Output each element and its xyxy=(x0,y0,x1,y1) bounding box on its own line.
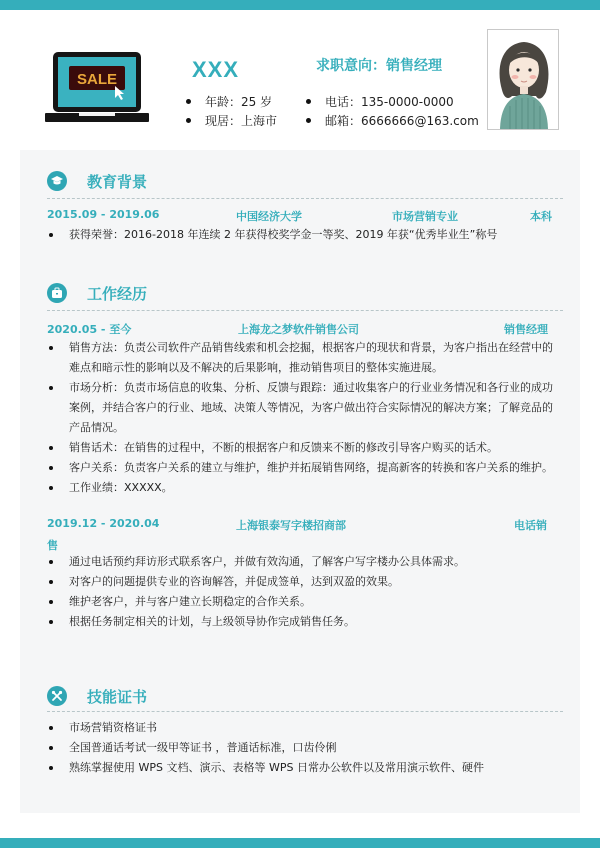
education-major: 市场营销专业 xyxy=(392,208,458,224)
education-period: 2015.09 - 2019.06 xyxy=(47,208,159,221)
list-item: 销售话术：在销售的过程中，不断的根据客户和反馈来不断的修改引导客户购买的话术。 xyxy=(47,438,563,458)
education-school: 中国经济大学 xyxy=(236,208,302,224)
list-item: 对客户的问题提供专业的咨询解答，并促成签单，达到双盈的效果。 xyxy=(47,572,563,592)
bullet-icon xyxy=(306,99,311,104)
candidate-name: XXX xyxy=(192,57,239,83)
list-item: 通过电话预约拜访形式联系客户，并做有效沟通，了解客户写字楼办公具体需求。 xyxy=(47,552,563,572)
education-entry: 2015.09 - 2019.06 中国经济大学 市场营销专业 本科 xyxy=(47,208,563,224)
job-company: 上海银泰写字楼招商部 xyxy=(236,517,346,533)
info-age: 年龄：25 岁 xyxy=(186,93,272,110)
job-company: 上海龙之梦软件销售公司 xyxy=(238,321,359,337)
job-period: 2019.12 - 2020.04 xyxy=(47,517,159,530)
education-degree: 本科 xyxy=(530,208,552,224)
briefcase-icon xyxy=(47,283,67,303)
section-divider xyxy=(47,711,563,712)
list-item: 获得荣誉：2016-2018 年连续 2 年获得校奖学金一等奖、2019 年获“… xyxy=(47,225,563,245)
list-item: 维护老客户，并与客户建立长期稳定的合作关系。 xyxy=(47,592,563,612)
job-objective: 求职意向：销售经理 xyxy=(316,55,442,75)
bottom-accent-bar xyxy=(0,838,600,848)
list-item: 客户关系：负责客户关系的建立与维护，维护并拓展销售网络，提高新客的转换和客户关系… xyxy=(47,458,563,478)
job-entry-header: 2019.12 - 2020.04 上海银泰写字楼招商部 电话销 xyxy=(47,517,563,533)
list-item: 销售方法：负责公司软件产品销售线索和机会挖掘，根据客户的现状和背景，为客户指出在… xyxy=(47,338,563,378)
info-residence: 现居：上海市 xyxy=(186,112,277,129)
list-item: 市场营销资格证书 xyxy=(47,718,563,738)
list-item: 市场分析：负责市场信息的收集、分析、反馈与跟踪：通过收集客户的行业业务情况和各行… xyxy=(47,378,563,438)
section-title-skills: 技能证书 xyxy=(87,686,147,707)
section-header-skills: 技能证书 xyxy=(47,683,147,709)
job-position: 销售经理 xyxy=(504,321,548,337)
top-accent-bar xyxy=(0,0,600,10)
list-item: 全国普通话考试一级甲等证书 ，普通话标准，口齿伶俐 xyxy=(47,738,563,758)
profile-photo xyxy=(487,29,559,130)
bullet-icon xyxy=(306,118,311,123)
laptop-sale-icon: SALE xyxy=(45,50,149,126)
list-item: 根据任务制定相关的计划，与上级领导协作完成销售任务。 xyxy=(47,612,563,632)
section-header-education: 教育背景 xyxy=(47,168,147,194)
job-position-wrap: 售 xyxy=(47,537,563,553)
resume-content-panel: 教育背景 2015.09 - 2019.06 中国经济大学 市场营销专业 本科 … xyxy=(20,150,580,813)
section-divider xyxy=(47,198,563,199)
graduation-cap-icon xyxy=(47,171,67,191)
portrait-illustration-icon xyxy=(488,30,559,130)
info-email: 邮箱：6666666@163.com xyxy=(306,112,479,129)
job-period: 2020.05 - 至今 xyxy=(47,321,131,337)
section-title-education: 教育背景 xyxy=(87,171,147,192)
section-title-work: 工作经历 xyxy=(87,283,147,304)
info-phone: 电话：135-0000-0000 xyxy=(306,93,454,110)
section-divider xyxy=(47,310,563,311)
svg-text:SALE: SALE xyxy=(77,71,117,88)
list-item: 工作业绩：XXXXX。 xyxy=(47,478,563,498)
bullet-icon xyxy=(186,99,191,104)
job-entry-header: 2020.05 - 至今 上海龙之梦软件销售公司 销售经理 xyxy=(47,321,563,337)
section-header-work: 工作经历 xyxy=(47,280,147,306)
bullet-icon xyxy=(186,118,191,123)
tools-icon xyxy=(47,686,67,706)
job-position: 电话销 xyxy=(514,517,547,533)
list-item: 熟练掌握使用 WPS 文档、演示、表格等 WPS 日常办公软件以及常用演示软件、… xyxy=(47,758,563,778)
